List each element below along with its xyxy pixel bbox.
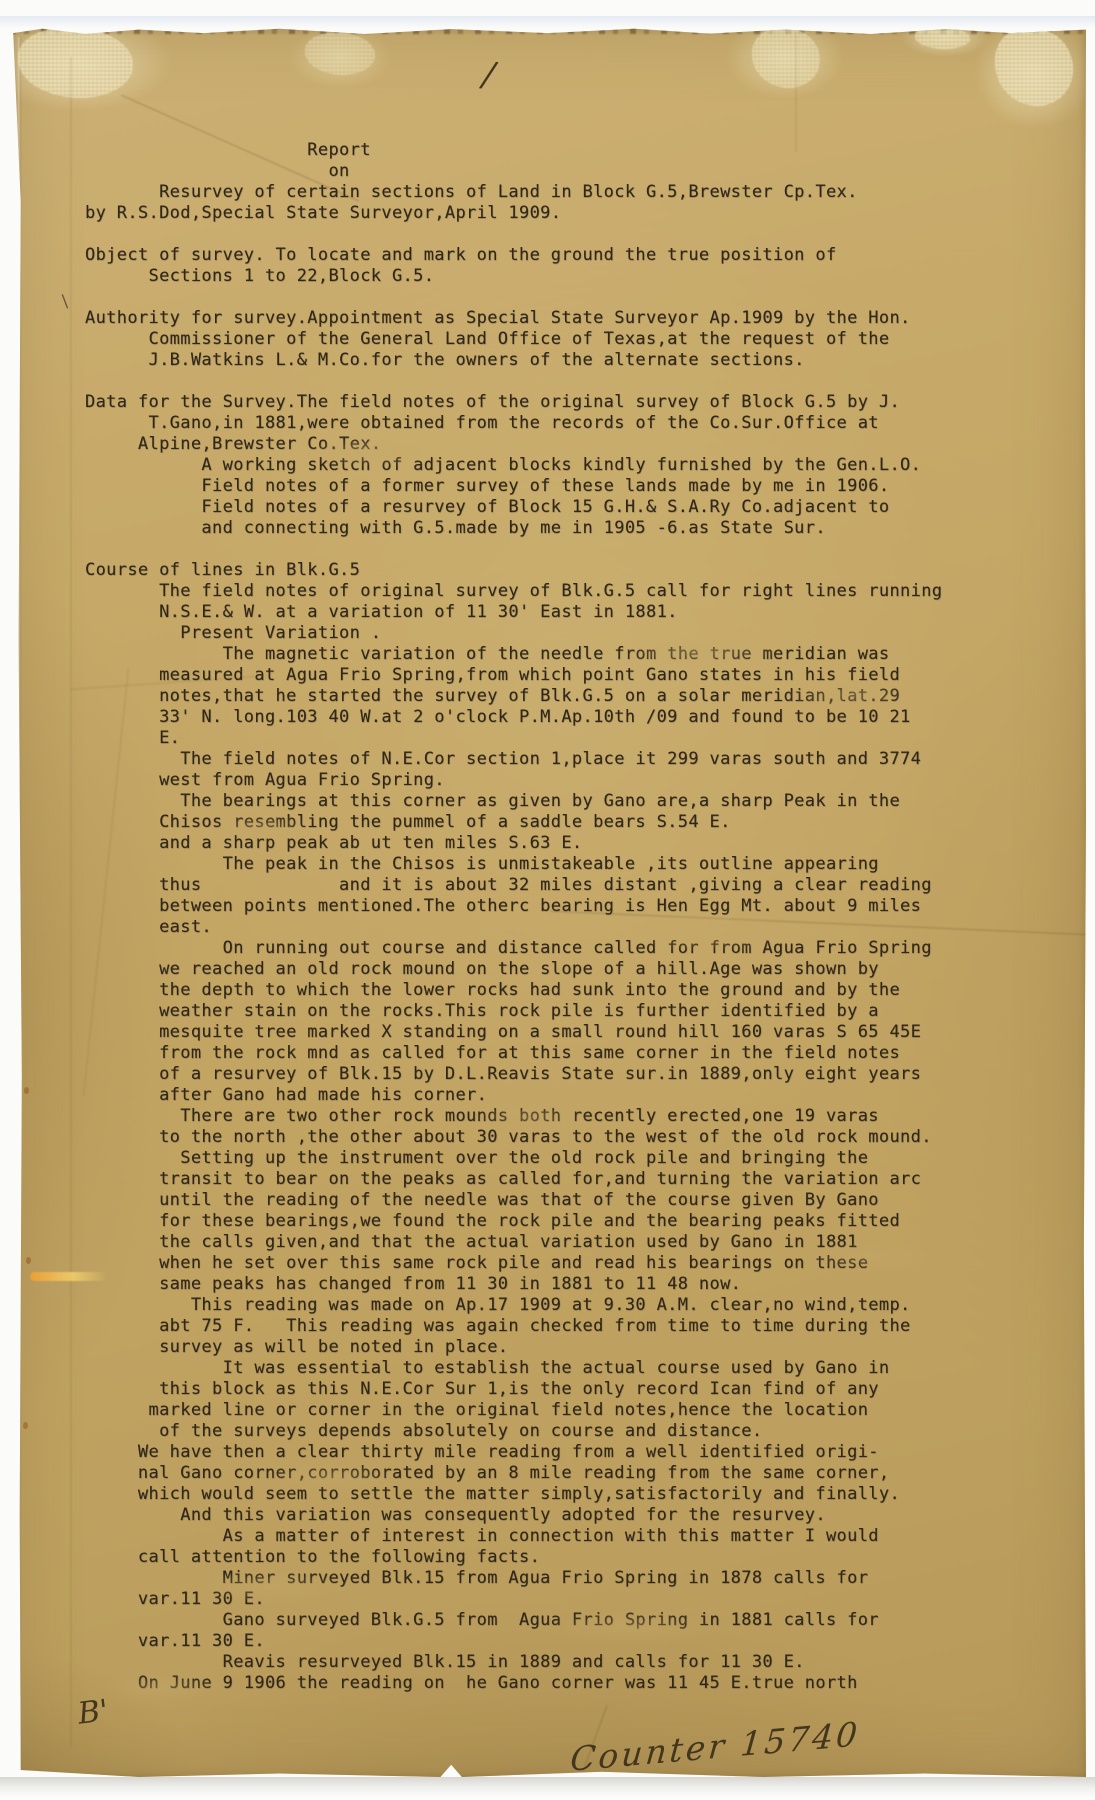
rust-spot [23,1422,28,1429]
pen-mark-tick: \ [60,291,71,313]
rust-spot [26,1257,31,1264]
paper-left-edge [18,37,21,1771]
rust-spot [24,1087,29,1094]
pen-mark-slash: / [481,55,497,96]
scan-background: Report on Resurvey of certain sections o… [0,0,1095,1800]
typed-text: Report on Resurvey of certain sections o… [85,140,942,1694]
pen-mark-b: B' [76,1693,110,1731]
counter-note: Counter 15740 [569,1714,862,1779]
tape-patch [915,27,970,49]
paper-sheet: Report on Resurvey of certain sections o… [10,27,1086,1777]
tape-patch [752,28,820,88]
scanner-bed-strip [0,1777,1095,1800]
tape-patch [18,28,133,98]
tape-patch [995,28,1073,106]
crease-line [795,32,797,152]
tape-patch [305,33,375,75]
